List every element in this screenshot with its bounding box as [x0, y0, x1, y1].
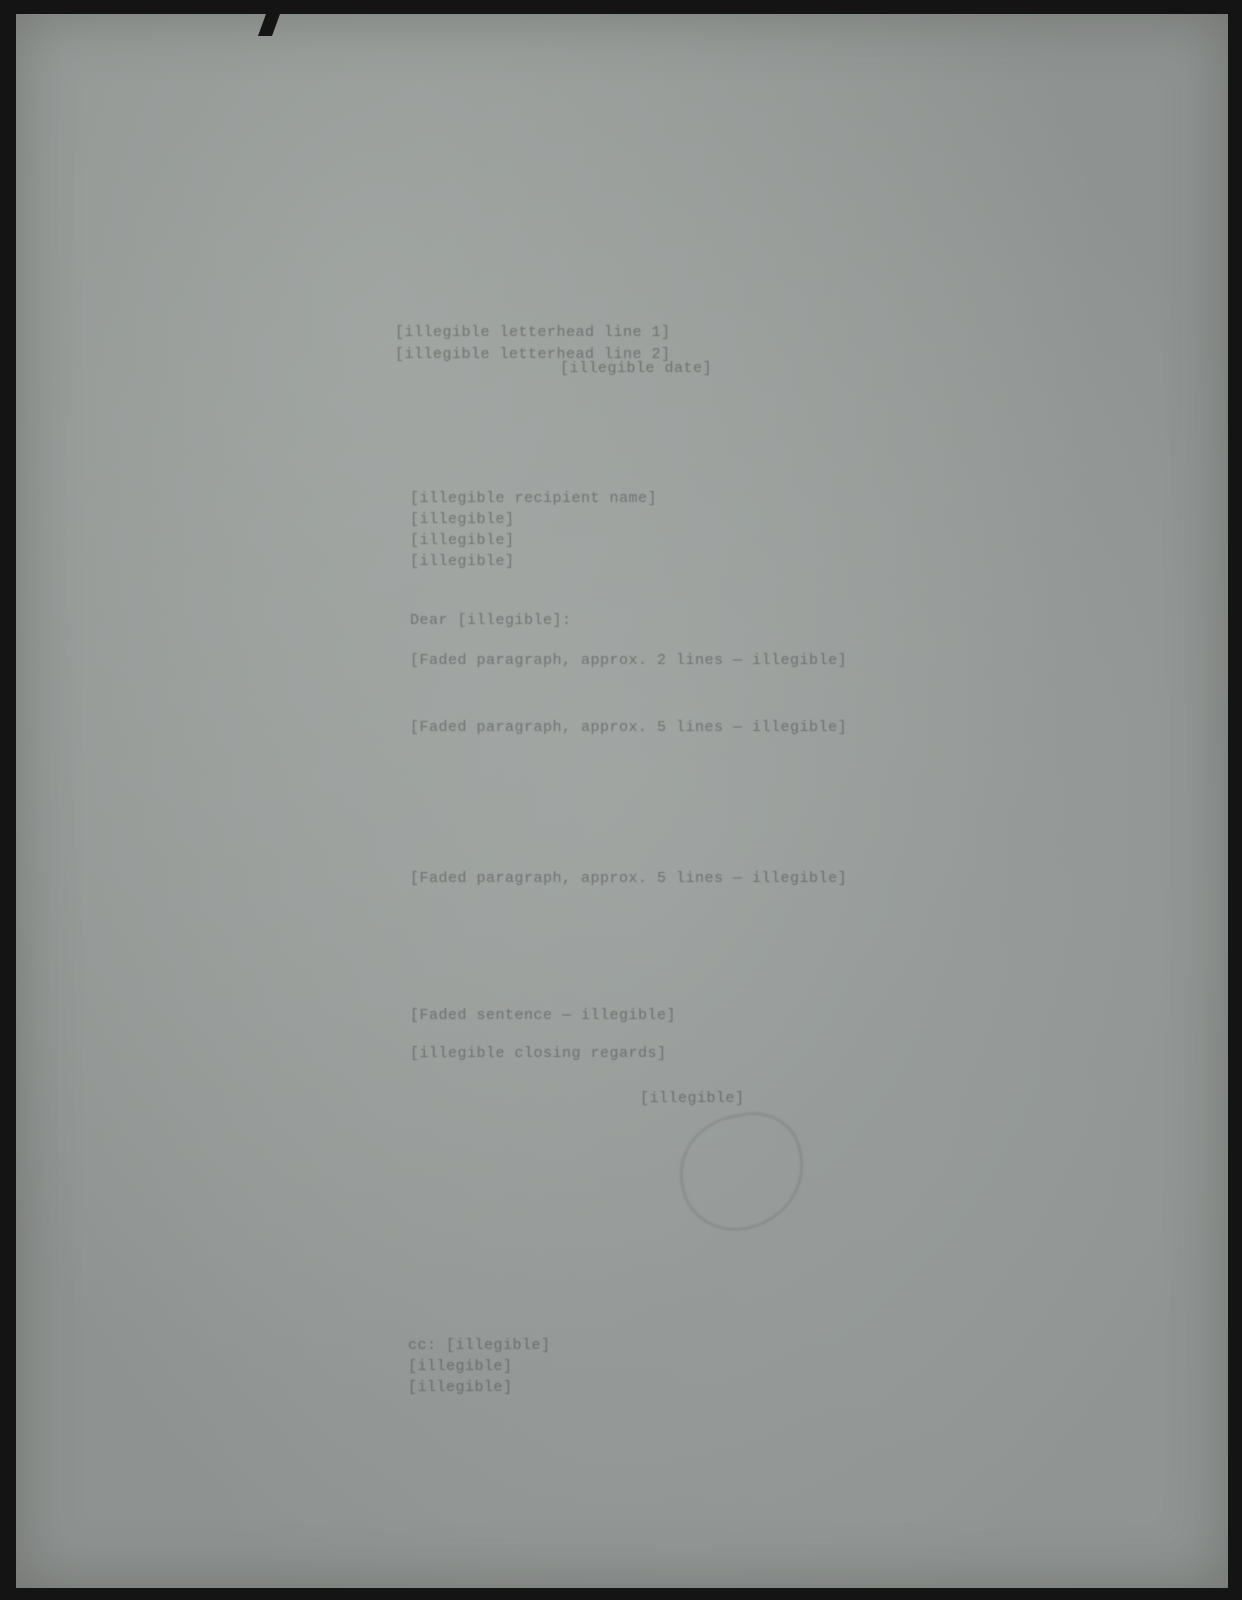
signature-line: [illegible]	[640, 1090, 745, 1107]
closing: [illegible closing regards]	[410, 1045, 667, 1062]
address-line: [illegible]	[410, 551, 657, 572]
paragraph: [Faded paragraph, approx. 2 lines — ille…	[410, 650, 1020, 671]
address-line: [illegible]	[410, 509, 657, 530]
paragraph: [Faded paragraph, approx. 5 lines — ille…	[410, 717, 1020, 738]
paragraph: [Faded paragraph, approx. 5 lines — ille…	[410, 868, 1020, 889]
paragraph: [Faded sentence — illegible]	[410, 1005, 1020, 1026]
letterhead-line: [illegible letterhead line 1]	[395, 322, 671, 344]
cc-line: [illegible]	[408, 1356, 551, 1377]
cc-block: cc: [illegible] [illegible] [illegible]	[408, 1335, 551, 1398]
address-line: [illegible]	[410, 530, 657, 551]
recipient-address: [illegible recipient name] [illegible] […	[410, 488, 657, 572]
cc-line: cc: [illegible]	[408, 1335, 551, 1356]
cc-line: [illegible]	[408, 1377, 551, 1398]
address-line: [illegible recipient name]	[410, 488, 657, 509]
paper-sheet	[16, 14, 1228, 1588]
letter-date: [illegible date]	[560, 360, 712, 377]
salutation: Dear [illegible]:	[410, 612, 572, 629]
